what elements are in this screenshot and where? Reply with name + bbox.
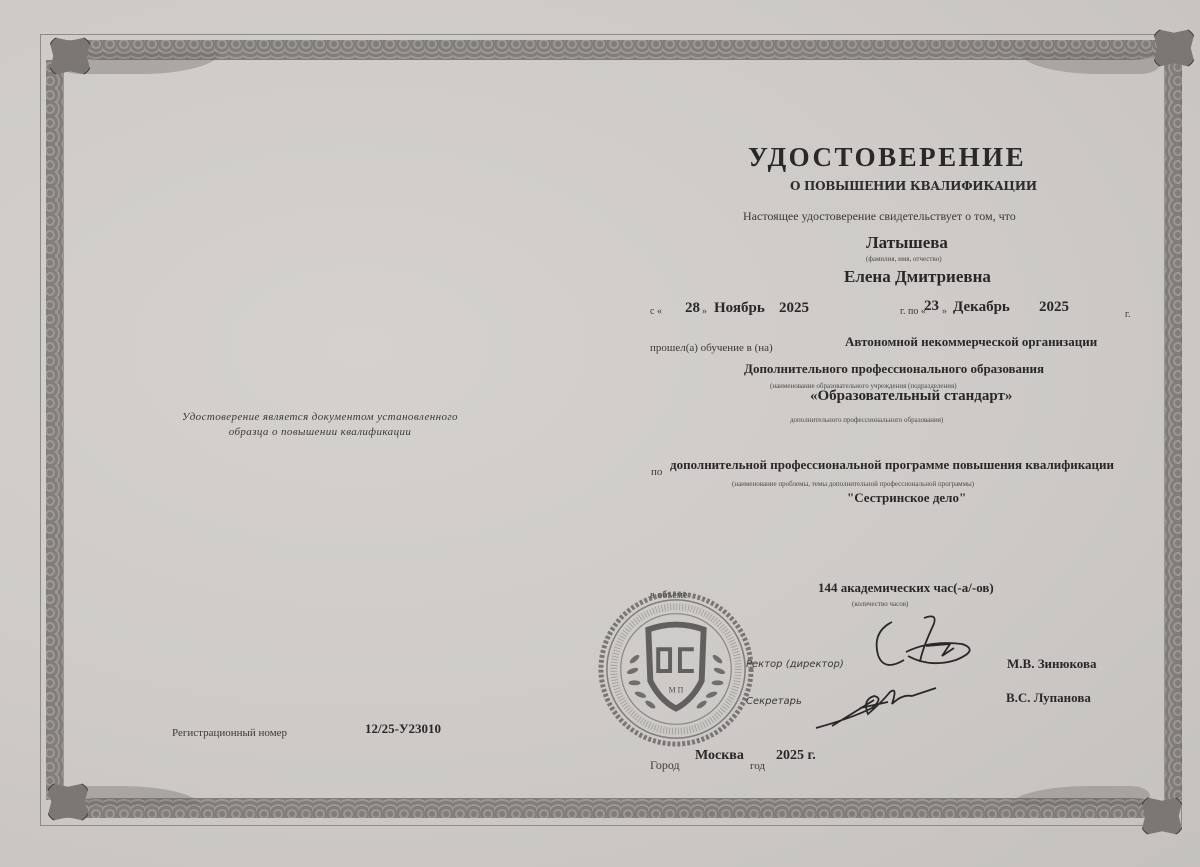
svg-text:М П: М П bbox=[669, 686, 684, 695]
certificate-page: Удостоверение является документом устано… bbox=[0, 0, 1200, 867]
period-from-prefix: с « bbox=[650, 306, 662, 317]
holder-given-names: Елена Дмитриевна bbox=[844, 267, 991, 287]
period-from-year: 2025 bbox=[779, 300, 809, 317]
year-label: год bbox=[750, 760, 765, 772]
corner-ornament-icon bbox=[48, 36, 92, 76]
registration-number: 12/25-У23010 bbox=[365, 721, 441, 737]
corner-ornament-icon bbox=[1152, 28, 1196, 68]
side-note: Удостоверение является документом устано… bbox=[170, 410, 470, 440]
city-label: Город bbox=[650, 758, 680, 773]
rector-name: М.В. Зинюкова bbox=[1007, 656, 1096, 672]
quote-close: » bbox=[942, 306, 947, 317]
border-left bbox=[46, 60, 64, 800]
program-name: "Сестринское дело" bbox=[847, 490, 966, 506]
organization-name: «Образовательный стандарт» bbox=[810, 388, 1012, 405]
hint-hours: (количество часов) bbox=[852, 600, 908, 608]
studied-label: прошел(а) обучение в (на) bbox=[650, 342, 773, 354]
period-to-prefix: г. по « bbox=[900, 306, 926, 317]
program-type: дополнительной профессиональной программ… bbox=[670, 457, 1114, 473]
seal-stamp-icon: М П bbox=[597, 590, 755, 748]
hint-program: (наименование проблемы, темы дополнитель… bbox=[732, 480, 974, 488]
period-to-year: 2025 bbox=[1039, 299, 1069, 316]
hint-organization-2: дополнительного профессионального образо… bbox=[790, 416, 943, 424]
organization-line-1: Автономной некоммерческой организации bbox=[845, 334, 1097, 350]
registration-label: Регистрационный номер bbox=[172, 727, 287, 739]
program-prefix: по bbox=[651, 466, 662, 478]
holder-surname: Латышева bbox=[866, 233, 948, 253]
secretary-name: В.С. Лупанова bbox=[1006, 690, 1091, 706]
border-top bbox=[60, 40, 1170, 60]
secretary-signature-icon bbox=[812, 678, 942, 733]
border-bottom bbox=[60, 798, 1170, 818]
hint-fio: (фамилия, имя, отчество) bbox=[866, 255, 942, 263]
city-value: Москва bbox=[695, 748, 744, 764]
volume-hours: 144 академических час(-а/-ов) bbox=[818, 580, 994, 596]
quote-close: » bbox=[702, 306, 707, 317]
document-subtitle: О ПОВЫШЕНИИ КВАЛИФИКАЦИИ bbox=[790, 179, 1037, 193]
corner-ornament-icon bbox=[1140, 796, 1184, 836]
border-right bbox=[1164, 60, 1182, 800]
corner-ornament-icon bbox=[46, 782, 90, 822]
period-year-suffix: г. bbox=[1125, 309, 1130, 320]
period-to-month: Декабрь bbox=[953, 299, 1010, 316]
secretary-label: Секретарь bbox=[746, 696, 802, 707]
period-from-day: 28 bbox=[685, 300, 700, 317]
document-title: УДОСТОВЕРЕНИЕ bbox=[748, 142, 1026, 173]
period-to-day: 23 bbox=[924, 298, 939, 315]
year-value: 2025 г. bbox=[776, 748, 816, 764]
period-from-month: Ноябрь bbox=[714, 300, 765, 317]
organization-line-2: Дополнительного профессионального образо… bbox=[744, 361, 1044, 377]
intro-text: Настоящее удостоверение свидетельствует … bbox=[743, 209, 1016, 224]
rector-signature-icon bbox=[870, 610, 980, 675]
rector-label: Ректор (директор) bbox=[746, 659, 844, 670]
